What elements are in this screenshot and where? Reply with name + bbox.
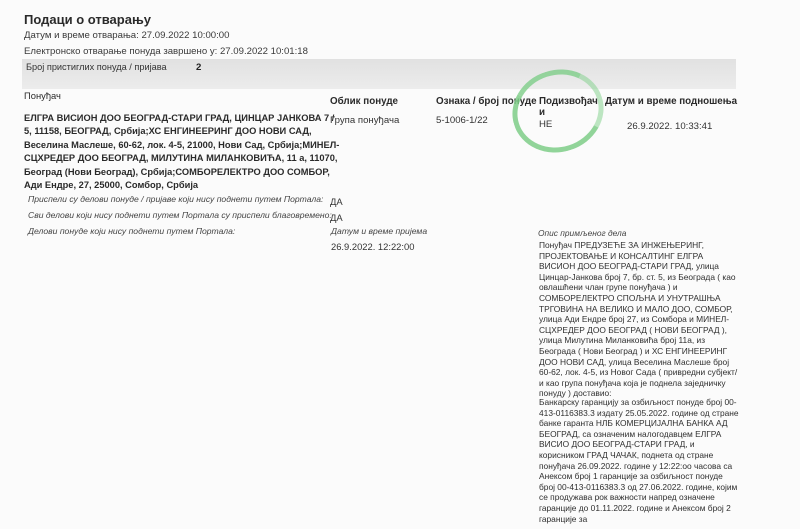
received-part-description: Понуђач ПРЕДУЗЕЋЕ ЗА ИНЖЕЊЕРИНГ, ПРОЈЕКТ… [539, 240, 739, 399]
answer-arrived-on-time: ДА [330, 212, 343, 223]
column-header-bidder: Понуђач [24, 90, 61, 101]
bank-guarantee-description: Банкарску гаранцију за озбиљност понуде … [539, 397, 739, 524]
answer-parts-arrived: ДА [330, 196, 343, 207]
received-bids-count: 2 [196, 62, 201, 73]
question-arrived-on-time: Сви делови који нису поднети путем Порта… [28, 210, 332, 220]
column-header-submitted: Датум и време подношења [605, 96, 737, 107]
received-bids-label: Број пристиглих понуда / пријава [26, 62, 167, 72]
page-title: Подаци о отварању [24, 12, 151, 27]
submitted-datetime: 26.9.2022. 10:33:41 [627, 121, 712, 132]
received-datetime-label: Датум и време пријема [331, 226, 427, 236]
column-header-form: Облик понуде [330, 96, 398, 107]
bid-number: 5-1006-1/22 [436, 115, 488, 126]
opening-datetime: Датум и време отварања: 27.09.2022 10:00… [24, 30, 229, 41]
bidder-name: ЕЛГРА ВИСИОН ДОО БЕОГРАД-СТАРИ ГРАД, ЦИН… [24, 112, 344, 192]
question-parts-arrived: Приспели су делови понуде / пријаве који… [28, 194, 323, 204]
electronic-opening-completed: Електронско отварање понуда завршено у: … [24, 46, 308, 57]
bid-form: Група понуђача [330, 115, 399, 126]
question-parts-not-via-portal: Делови понуде који нису поднети путем По… [28, 226, 235, 236]
received-datetime-value: 26.9.2022. 12:22:00 [331, 241, 414, 252]
received-part-description-label: Опис примљеног дела [538, 228, 626, 238]
